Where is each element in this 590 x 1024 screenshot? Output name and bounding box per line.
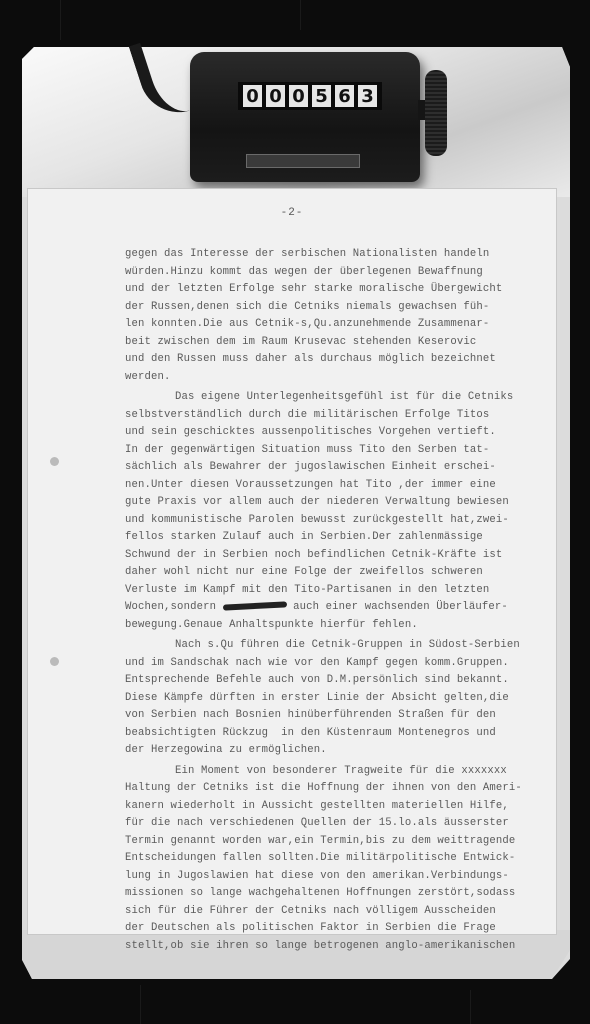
text-line: der Russen,denen sich die Cetniks niemal… — [125, 299, 545, 317]
punch-hole — [50, 657, 59, 666]
text-line: selbstverständlich durch die militärisch… — [125, 407, 545, 425]
text-line: fellos starken Zulauf auch in Serbien.De… — [125, 529, 545, 547]
paragraph: Nach s.Qu führen die Cetnik-Gruppen in S… — [125, 637, 545, 760]
frame-counter-device: 0 0 0 5 6 3 — [190, 52, 420, 182]
counter-digit: 3 — [358, 85, 377, 107]
film-scratch — [60, 0, 61, 40]
text-line: von Serbien nach Bosnien hinüberführende… — [125, 707, 545, 725]
text-line: und kommunistische Parolen bewusst zurüc… — [125, 512, 545, 530]
text-line: stellt,ob sie ihren so lange betrogenen … — [125, 938, 545, 956]
counter-nameplate — [246, 154, 360, 168]
text-line: für die nach verschiedenen Quellen der 1… — [125, 815, 545, 833]
counter-digit: 0 — [243, 85, 262, 107]
text-line: Wochen,sondern auch einer wachsenden Übe… — [125, 599, 545, 617]
text-line: beit zwischen dem im Raum Krusevac stehe… — [125, 334, 545, 352]
punch-hole — [50, 457, 59, 466]
film-scratch — [140, 985, 141, 1024]
counter-digit: 0 — [289, 85, 308, 107]
text-line: beabsichtigten Rückzug in den Küstenraum… — [125, 725, 545, 743]
text-line: der Herzegowina zu ermöglichen. — [125, 742, 545, 760]
paragraph: Das eigene Unterlegenheitsgefühl ist für… — [125, 389, 545, 634]
text-line: bewegung.Genaue Anhaltspunkte hierfür fe… — [125, 617, 545, 635]
counter-display: 0 0 0 5 6 3 — [238, 82, 382, 110]
text-line: missionen so lange wachgehaltenen Hoffnu… — [125, 885, 545, 903]
text-line: Schwund der in Serbien noch befindlichen… — [125, 547, 545, 565]
typed-document-page: -2- gegen das Interesse der serbischen N… — [28, 189, 556, 934]
text-line: Ein Moment von besonderer Tragweite für … — [125, 763, 545, 781]
text-line: gute Praxis vor allem auch der niederen … — [125, 494, 545, 512]
text-line: nen.Unter diesen Voraussetzungen hat Tit… — [125, 477, 545, 495]
text-line: Entscheidungen fallen sollten.Die militä… — [125, 850, 545, 868]
text-line: Diese Kämpfe dürften in erster Linie der… — [125, 690, 545, 708]
counter-digit: 5 — [312, 85, 331, 107]
paragraph: Ein Moment von besonderer Tragweite für … — [125, 763, 545, 956]
text-line: gegen das Interesse der serbischen Natio… — [125, 246, 545, 264]
text-line: und im Sandschak nach wie vor den Kampf … — [125, 655, 545, 673]
page-number: -2- — [28, 207, 556, 219]
counter-thumbwheel — [425, 70, 447, 156]
text-line: In der gegenwärtigen Situation muss Tito… — [125, 442, 545, 460]
text-line: Termin genannt worden war,ein Termin,bis… — [125, 833, 545, 851]
text-line: Verluste im Kampf mit den Tito-Partisane… — [125, 582, 545, 600]
text-line: kanern wiederholt in Aussicht gestellten… — [125, 798, 545, 816]
text-line: und sein geschicktes aussenpolitisches V… — [125, 424, 545, 442]
text-line: Das eigene Unterlegenheitsgefühl ist für… — [125, 389, 545, 407]
text-line: Entsprechende Befehle auch von D.M.persö… — [125, 672, 545, 690]
text-line: und der letzten Erfolge sehr starke mora… — [125, 281, 545, 299]
counter-digit: 6 — [335, 85, 354, 107]
counter-digit: 0 — [266, 85, 285, 107]
paragraph: gegen das Interesse der serbischen Natio… — [125, 246, 545, 386]
text-line: daher wohl nicht nur eine Folge der zwei… — [125, 564, 545, 582]
text-line: würden.Hinzu kommt das wegen der überleg… — [125, 264, 545, 282]
text-line: werden. — [125, 369, 545, 387]
film-scratch — [470, 990, 471, 1024]
text-line: Nach s.Qu führen die Cetnik-Gruppen in S… — [125, 637, 545, 655]
film-scratch — [300, 0, 301, 30]
text-line: lung in Jugoslawien hat diese von den am… — [125, 868, 545, 886]
text-line: und den Russen muss daher als durchaus m… — [125, 351, 545, 369]
text-line: der Deutschen als politischen Faktor in … — [125, 920, 545, 938]
text-line: sächlich als Bewahrer der jugoslawischen… — [125, 459, 545, 477]
text-line: sich für die Führer der Cetniks nach völ… — [125, 903, 545, 921]
document-body: gegen das Interesse der serbischen Natio… — [125, 246, 545, 958]
struck-out-word — [222, 602, 286, 611]
text-line: Haltung der Cetniks ist die Hoffnung der… — [125, 780, 545, 798]
text-line: len konnten.Die aus Cetnik-s,Qu.anzunehm… — [125, 316, 545, 334]
